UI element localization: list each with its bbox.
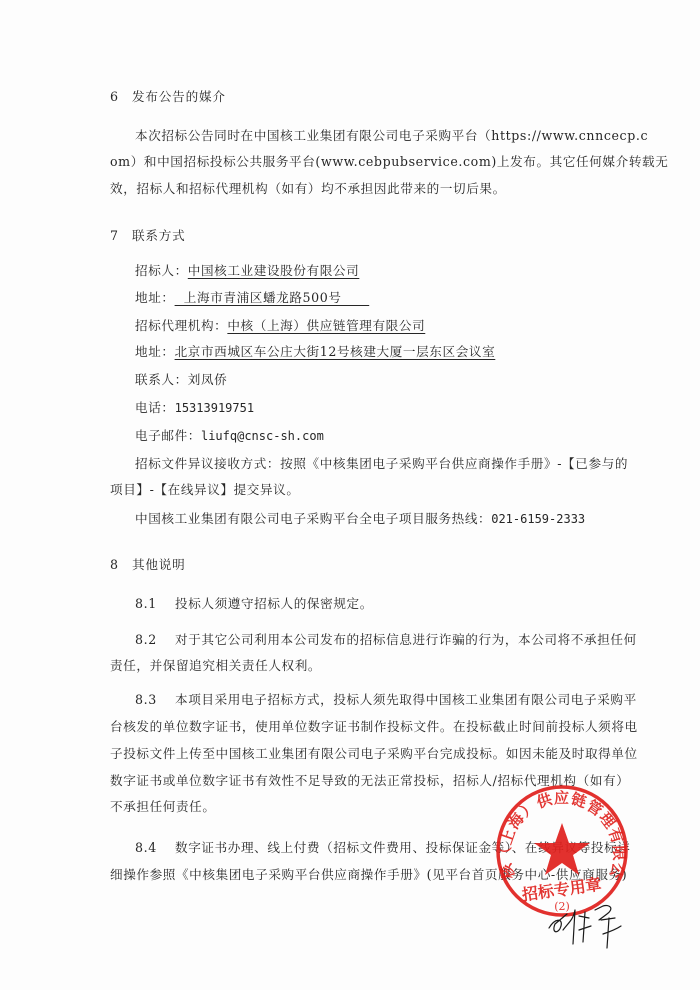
item-8-3-line-1: 8.3本项目采用电子招标方式，投标人须先取得中国核工业集团有限公司电子采购平	[135, 691, 594, 709]
item-8-4-line-1: 8.4数字证书办理、线上付费（招标文件费用、投标保证金等）、在线异议等投标详	[135, 839, 594, 857]
contact-value: 刘凤侨	[188, 372, 228, 387]
section-6-paragraph-line-2: om）和中国招标投标公共服务平台(www.cebpubservice.com)上…	[110, 153, 594, 171]
item-8-3-line-4: 数字证书或单位数字证书有效性不足导致的无法正常投标，招标人/招标代理机构（如有）	[110, 772, 594, 790]
section-6-paragraph-line-3: 效，招标人和招标代理机构（如有）均不承担因此带来的一切后果。	[110, 180, 594, 198]
agency-address-value: 北京市西城区车公庄大街12号核建大厦一层东区会议室	[175, 344, 496, 359]
tenderer-row: 招标人：中国核工业建设股份有限公司	[135, 262, 594, 280]
hotline-label: 中国核工业集团有限公司电子采购平台全电子项目服务热线：	[135, 511, 491, 526]
hotline-value: 021-6159-2333	[491, 512, 585, 526]
tenderer-label: 招标人：	[135, 263, 188, 278]
hotline-row: 中国核工业集团有限公司电子采购平台全电子项目服务热线：021-6159-2333	[135, 510, 594, 528]
item-number: 8.4	[135, 839, 175, 857]
item-8-2-line-1: 8.2对于其它公司利用本公司发布的招标信息进行诈骗的行为，本公司将不承担任何	[135, 631, 594, 649]
objection-line-2: 项目】-【在线异议】提交异议。	[110, 481, 594, 499]
section-6-heading: 6发布公告的媒介	[110, 88, 594, 106]
phone-label: 电话：	[135, 400, 175, 415]
section-number: 8	[110, 556, 132, 574]
section-title: 其他说明	[132, 557, 186, 572]
item-number: 8.2	[135, 631, 175, 649]
email-label: 电子邮件：	[135, 428, 201, 443]
item-8-3-line-2: 台核发的单位数字证书，使用单位数字证书制作投标文件。在投标截止时间前投标人须将电	[110, 718, 594, 736]
tenderer-address-label: 地址：	[135, 290, 175, 305]
agency-address-label: 地址：	[135, 344, 175, 359]
tenderer-address-value: 上海市青浦区蟠龙路500号	[175, 290, 370, 305]
phone-value: 15313919751	[175, 401, 254, 415]
item-number: 8.1	[135, 595, 175, 613]
contact-person-row: 联系人：刘凤侨	[135, 371, 594, 389]
item-text: 投标人须遵守招标人的保密规定。	[175, 596, 373, 611]
contact-label: 联系人：	[135, 372, 188, 387]
email-row: 电子邮件：liufq@cnsc-sh.com	[135, 427, 594, 445]
handwritten-signature-icon	[545, 900, 635, 955]
section-8-heading: 8其他说明	[110, 556, 594, 574]
item-text: 本项目采用电子招标方式，投标人须先取得中国核工业集团有限公司电子采购平	[175, 692, 637, 707]
phone-row: 电话：15313919751	[135, 399, 594, 417]
tenderer-address-row: 地址： 上海市青浦区蟠龙路500号	[135, 289, 594, 307]
item-text: 对于其它公司利用本公司发布的招标信息进行诈骗的行为，本公司将不承担任何	[175, 632, 637, 647]
tenderer-value: 中国核工业建设股份有限公司	[188, 263, 360, 278]
section-title: 联系方式	[132, 228, 186, 243]
document-page: 6发布公告的媒介 本次招标公告同时在中国核工业集团有限公司电子采购平台（http…	[0, 0, 700, 990]
email-value: liufq@cnsc-sh.com	[201, 429, 324, 443]
section-number: 6	[110, 88, 132, 106]
item-8-3-line-3: 子投标文件上传至中国核工业集团有限公司电子采购平台完成投标。如因未能及时取得单位	[110, 745, 594, 763]
item-text: 数字证书办理、线上付费（招标文件费用、投标保证金等）、在线异议等投标详	[175, 840, 630, 855]
section-6-paragraph-line-1: 本次招标公告同时在中国核工业集团有限公司电子采购平台（https://www.c…	[135, 127, 594, 145]
objection-line-1: 招标文件异议接收方式：按照《中核集团电子采购平台供应商操作手册》-【已参与的	[135, 455, 594, 473]
agency-row: 招标代理机构：中核（上海）供应链管理有限公司	[135, 317, 594, 335]
item-8-3-line-5: 不承担任何责任。	[110, 798, 594, 816]
agency-label: 招标代理机构：	[135, 318, 227, 333]
item-8-4-line-2: 细操作参照《中核集团电子采购平台供应商操作手册》(见平台首页服务中心-供应商服务…	[110, 866, 594, 884]
item-8-1: 8.1投标人须遵守招标人的保密规定。	[135, 595, 594, 613]
item-number: 8.3	[135, 691, 175, 709]
section-number: 7	[110, 227, 132, 245]
section-7-heading: 7联系方式	[110, 227, 594, 245]
agency-address-row: 地址：北京市西城区车公庄大街12号核建大厦一层东区会议室	[135, 343, 594, 361]
agency-value: 中核（上海）供应链管理有限公司	[227, 318, 425, 333]
section-title: 发布公告的媒介	[132, 89, 226, 104]
seal-sub-text: (2)	[554, 900, 570, 913]
item-8-2-line-2: 责任，并保留追究相关责任人权利。	[110, 657, 594, 675]
